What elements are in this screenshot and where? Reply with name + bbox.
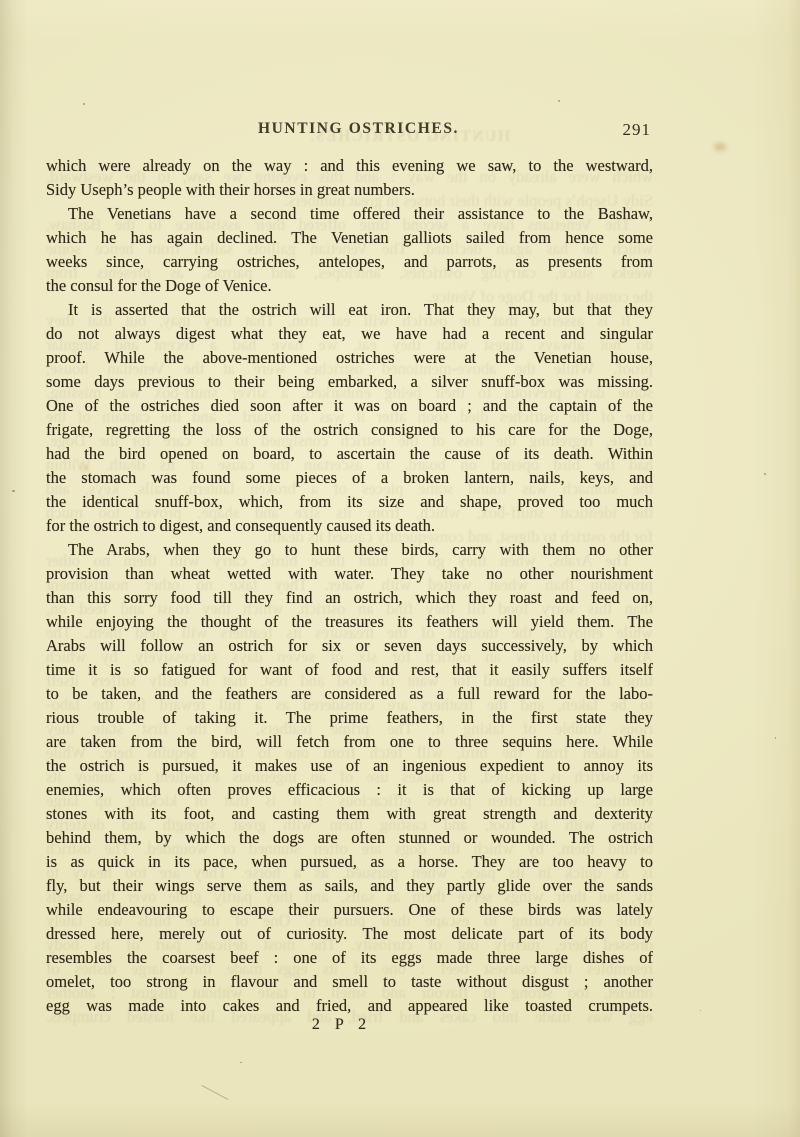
text-line: Arabs will follow an ostrich for six or …	[46, 634, 653, 658]
scanned-book-page: { "page": { "header": { "running_title":…	[0, 0, 800, 1137]
text-line: rious trouble of taking it. The prime fe…	[46, 706, 653, 730]
running-title: HUNTING OSTRICHES.	[55, 120, 662, 138]
paper-speck	[558, 100, 560, 102]
paper-speck	[83, 103, 85, 105]
text-line: enemies, which often proves efficacious …	[46, 778, 653, 802]
paper-speck	[433, 240, 434, 241]
text-line: is as quick in its pace, when pursued, a…	[46, 850, 653, 874]
text-line: to be taken, and the feathers are consid…	[46, 682, 653, 706]
paper-scratch	[202, 1085, 229, 1100]
paper-speck	[775, 737, 776, 739]
text-line: Sidy Useph’s people with their horses in…	[46, 178, 653, 202]
text-line: The Arabs, when they go to hunt these bi…	[46, 538, 653, 562]
text-line: which he has again declined. The Venetia…	[46, 226, 653, 250]
text-line: dressed here, merely out of curiosity. T…	[46, 922, 653, 946]
paper-speck	[764, 473, 766, 475]
text-line: resembles the coarsest beef : one of its…	[46, 946, 653, 970]
text-line: frigate, regretting the loss of the ostr…	[46, 418, 653, 442]
text-line: while endeavouring to escape their pursu…	[46, 898, 653, 922]
text-line: stones with its foot, and casting them w…	[46, 802, 653, 826]
paper-speck	[700, 1010, 701, 1011]
paper-smudge	[714, 143, 726, 151]
text-line: the identical snuff-box, which, from its…	[46, 490, 653, 514]
text-line: are taken from the bird, will fetch from…	[46, 730, 653, 754]
text-line: than this sorry food till they find an o…	[46, 586, 653, 610]
paper-speck	[650, 817, 652, 818]
paper-smudge	[80, 465, 90, 472]
text-line: while enjoying the thought of the treasu…	[46, 610, 653, 634]
text-line: the stomach was found some pieces of a b…	[46, 466, 653, 490]
text-line: behind them, by which the dogs are often…	[46, 826, 653, 850]
text-line: do not always digest what they eat, we h…	[46, 322, 653, 346]
text-line: One of the ostriches died soon after it …	[46, 394, 653, 418]
paper-speck	[12, 490, 15, 492]
text-line: had the bird opened on board, to ascerta…	[46, 442, 653, 466]
page-number: 291	[623, 120, 652, 140]
page-header: HUNTING OSTRICHES. 291	[46, 120, 653, 144]
text-line: for the ostrich to digest, and consequen…	[46, 514, 653, 538]
text-line: the consul for the Doge of Venice.	[46, 274, 653, 298]
paper-speck	[240, 1062, 242, 1063]
text-line: time it is so fatigued for want of food …	[46, 658, 653, 682]
text-line: which were already on the way : and this…	[46, 154, 653, 178]
text-line: egg was made into cakes and fried, and a…	[46, 994, 653, 1018]
text-line: provision than wheat wetted with water. …	[46, 562, 653, 586]
text-line: weeks since, carrying ostriches, antelop…	[46, 250, 653, 274]
signature-mark: 2 P 2	[36, 1016, 643, 1034]
text-line: fly, but their wings serve them as sails…	[46, 874, 653, 898]
text-line: some days previous to their being embark…	[46, 370, 653, 394]
text-line: The Venetians have a second time offered…	[46, 202, 653, 226]
page-body: which were already on the way : and this…	[46, 154, 653, 1018]
text-line: omelet, too strong in flavour and smell …	[46, 970, 653, 994]
text-line: proof. While the above-mentioned ostrich…	[46, 346, 653, 370]
text-line: the ostrich is pursued, it makes use of …	[46, 754, 653, 778]
text-line: It is asserted that the ostrich will eat…	[46, 298, 653, 322]
